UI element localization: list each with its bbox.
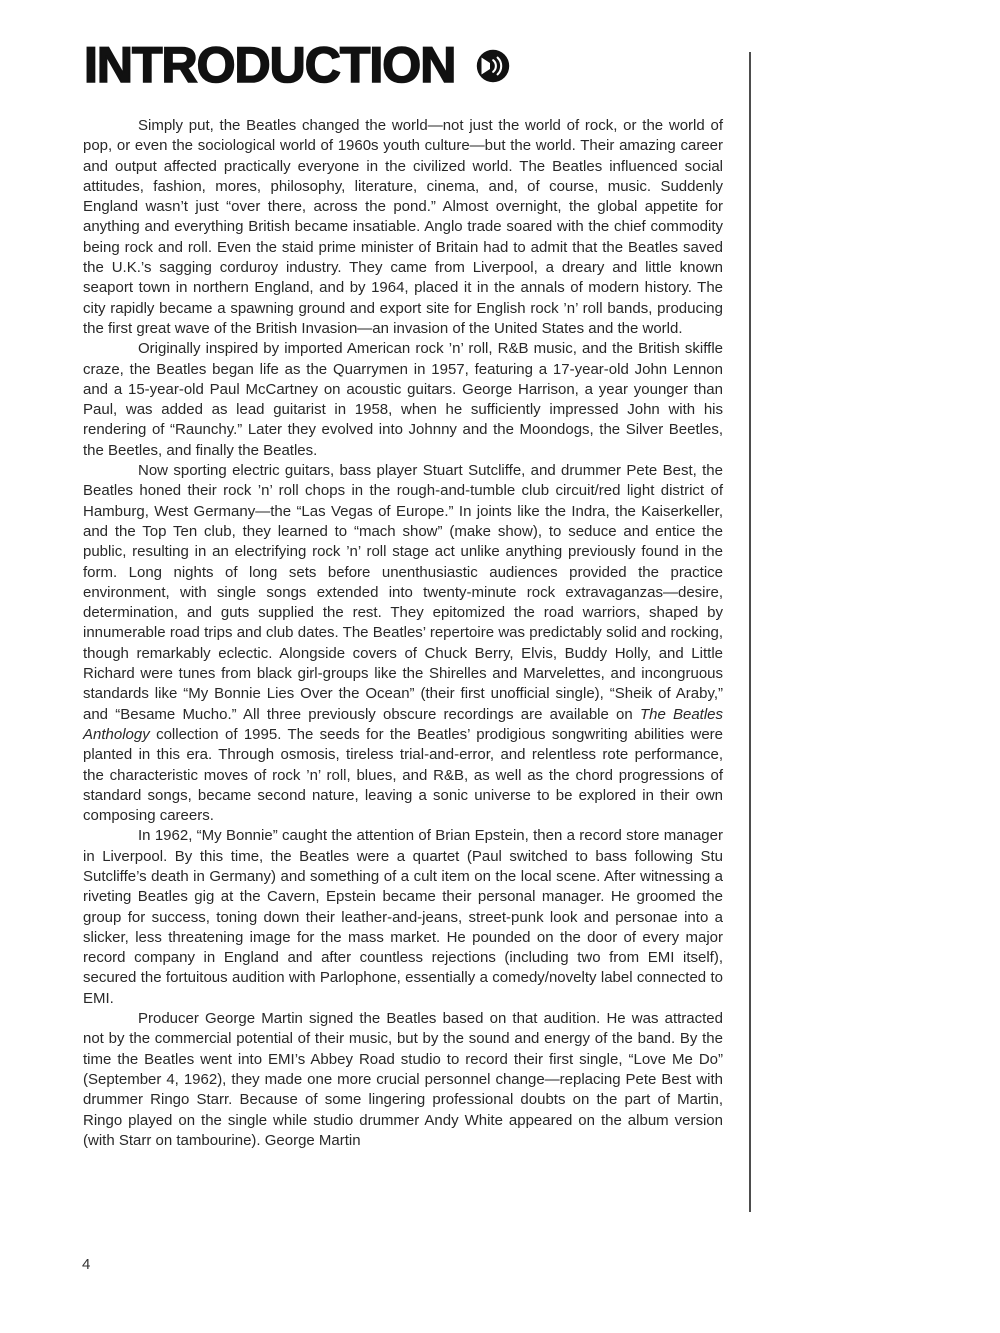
paragraph: Producer George Martin signed the Beatle… (83, 1009, 723, 1151)
text-run: In 1962, “My Bonnie” caught the attentio… (83, 827, 723, 1006)
text-run: Simply put, the Beatles changed the worl… (83, 117, 723, 337)
paragraph: Now sporting electric guitars, bass play… (83, 461, 723, 826)
page-title: INTRODUCTION (84, 40, 455, 90)
text-run: Originally inspired by imported American… (83, 340, 723, 458)
text-run: collection of 1995. The seeds for the Be… (83, 726, 723, 824)
speaker-audio-icon (475, 48, 511, 84)
body-text: Simply put, the Beatles changed the worl… (83, 116, 723, 1151)
page-title-row: INTRODUCTION (84, 40, 511, 90)
text-run: Producer George Martin signed the Beatle… (83, 1010, 723, 1149)
paragraph: In 1962, “My Bonnie” caught the attentio… (83, 826, 723, 1009)
paragraph: Originally inspired by imported American… (83, 339, 723, 461)
page-number: 4 (82, 1256, 90, 1273)
column-divider-rule (749, 52, 751, 1212)
text-run: Now sporting electric guitars, bass play… (83, 462, 723, 723)
paragraph: Simply put, the Beatles changed the worl… (83, 116, 723, 339)
book-page: INTRODUCTION Simply put, the Beatles cha… (0, 0, 1000, 1333)
